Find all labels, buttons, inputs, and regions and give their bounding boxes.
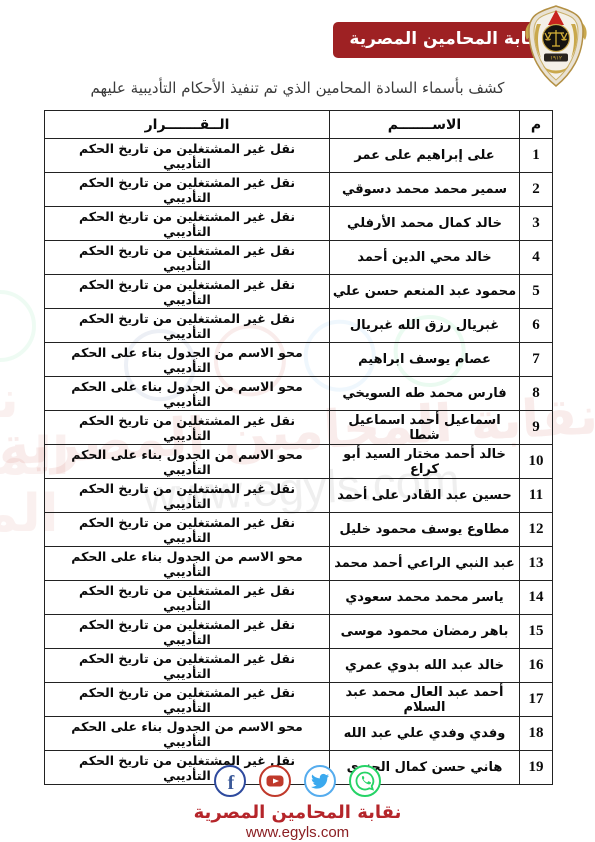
lawyer-name: على إبراهيم على عمر <box>330 139 520 173</box>
footer: f نقابة المحامين المصرية www.egyls.com <box>0 762 595 841</box>
lawyer-name: مطاوع يوسف محمود خليل <box>330 513 520 547</box>
column-header-name: الاســـــــم <box>330 111 520 139</box>
row-number: 11 <box>520 479 553 513</box>
table-row: 4 خالد محي الدين أحمد نقل غير المشتغلين … <box>45 241 553 275</box>
footer-website-link[interactable]: www.egyls.com <box>246 824 349 841</box>
social-icons-row: f <box>213 762 382 800</box>
decision-text: نقل غير المشتغلين من تاريخ الحكم التأديب… <box>45 241 330 275</box>
twitter-icon[interactable] <box>303 764 337 798</box>
table-row: 6 غبريال رزق الله غبريال نقل غير المشتغل… <box>45 309 553 343</box>
row-number: 16 <box>520 649 553 683</box>
row-number: 12 <box>520 513 553 547</box>
footer-org-name: نقابة المحامين المصرية <box>194 802 402 823</box>
whatsapp-icon <box>0 290 36 362</box>
decision-text: نقل غير المشتغلين من تاريخ الحكم التأديب… <box>45 683 330 717</box>
decision-text: نقل غير المشتغلين من تاريخ الحكم التأديب… <box>45 479 330 513</box>
row-number: 17 <box>520 683 553 717</box>
decision-text: نقل غير المشتغلين من تاريخ الحكم التأديب… <box>45 411 330 445</box>
lawyer-name: ياسر محمد محمد سعودي <box>330 581 520 615</box>
table-row: 5 محمود عبد المنعم حسن علي نقل غير المشت… <box>45 275 553 309</box>
row-number: 6 <box>520 309 553 343</box>
table-row: 14 ياسر محمد محمد سعودي نقل غير المشتغلي… <box>45 581 553 615</box>
lawyer-name: خالد كمال محمد الأرفلي <box>330 207 520 241</box>
row-number: 5 <box>520 275 553 309</box>
lawyer-name: وفدي وفدي علي عبد الله <box>330 717 520 751</box>
row-number: 18 <box>520 717 553 751</box>
decision-text: نقل غير المشتغلين من تاريخ الحكم التأديب… <box>45 309 330 343</box>
row-number: 14 <box>520 581 553 615</box>
row-number: 7 <box>520 343 553 377</box>
lawyer-name: سمير محمد محمد دسوقي <box>330 173 520 207</box>
document-page: نقابة المحامين المصرية نقابة المحامين ال… <box>0 0 595 842</box>
youtube-icon[interactable] <box>258 764 292 798</box>
table-row: 16 خالد عبد الله بدوي عمري نقل غير المشت… <box>45 649 553 683</box>
lawyer-name: عبد النبي الراعي أحمد محمد <box>330 547 520 581</box>
row-number: 3 <box>520 207 553 241</box>
column-header-decision: الــقـــــــرار <box>45 111 330 139</box>
lawyer-name: خالد أحمد مختار السيد أبو كراع <box>330 445 520 479</box>
row-number: 8 <box>520 377 553 411</box>
decision-text: محو الاسم من الجدول بناء على الحكم التأد… <box>45 343 330 377</box>
decision-text: محو الاسم من الجدول بناء على الحكم التأد… <box>45 717 330 751</box>
decision-text: محو الاسم من الجدول بناء على الحكم التأد… <box>45 377 330 411</box>
table-row: 13 عبد النبي الراعي أحمد محمد محو الاسم … <box>45 547 553 581</box>
table-header-row: م الاســـــــم الــقـــــــرار <box>45 111 553 139</box>
table-row: 7 عصام يوسف ابراهيم محو الاسم من الجدول … <box>45 343 553 377</box>
row-number: 13 <box>520 547 553 581</box>
table-row: 11 حسين عبد القادر على أحمد نقل غير المش… <box>45 479 553 513</box>
facebook-icon[interactable]: f <box>213 764 247 798</box>
row-number: 1 <box>520 139 553 173</box>
lawyer-name: غبريال رزق الله غبريال <box>330 309 520 343</box>
lawyer-name: محمود عبد المنعم حسن علي <box>330 275 520 309</box>
emblem-year: ١٩١٢ <box>550 56 562 62</box>
lawyer-name: حسين عبد القادر على أحمد <box>330 479 520 513</box>
decision-text: نقل غير المشتغلين من تاريخ الحكم التأديب… <box>45 275 330 309</box>
row-number: 15 <box>520 615 553 649</box>
table-row: 10 خالد أحمد مختار السيد أبو كراع محو ال… <box>45 445 553 479</box>
decision-text: نقل غير المشتغلين من تاريخ الحكم التأديب… <box>45 581 330 615</box>
decision-text: نقل غير المشتغلين من تاريخ الحكم التأديب… <box>45 649 330 683</box>
svg-text:f: f <box>228 772 235 794</box>
table-body: 1 على إبراهيم على عمر نقل غير المشتغلين … <box>45 139 553 785</box>
row-number: 4 <box>520 241 553 275</box>
lawyers-table: م الاســـــــم الــقـــــــرار 1 على إبر… <box>44 110 553 785</box>
table-row: 9 اسماعيل أحمد اسماعيل شطا نقل غير المشت… <box>45 411 553 445</box>
decision-text: نقل غير المشتغلين من تاريخ الحكم التأديب… <box>45 139 330 173</box>
whatsapp-icon[interactable] <box>348 764 382 798</box>
table-row: 1 على إبراهيم على عمر نقل غير المشتغلين … <box>45 139 553 173</box>
page-title: كشف بأسماء السادة المحامين الذي تم تنفيذ… <box>0 79 595 97</box>
decision-text: محو الاسم من الجدول بناء على الحكم التأد… <box>45 445 330 479</box>
decision-text: نقل غير المشتغلين من تاريخ الحكم التأديب… <box>45 207 330 241</box>
lawyer-name: باهر رمضان محمود موسى <box>330 615 520 649</box>
lawyer-name: أحمد عبد العال محمد عبد السلام <box>330 683 520 717</box>
column-header-number: م <box>520 111 553 139</box>
table-row: 17 أحمد عبد العال محمد عبد السلام نقل غي… <box>45 683 553 717</box>
row-number: 2 <box>520 173 553 207</box>
lawyer-name: خالد عبد الله بدوي عمري <box>330 649 520 683</box>
decision-text: محو الاسم من الجدول بناء على الحكم التأد… <box>45 547 330 581</box>
decision-text: نقل غير المشتغلين من تاريخ الحكم التأديب… <box>45 513 330 547</box>
table-row: 18 وفدي وفدي علي عبد الله محو الاسم من ا… <box>45 717 553 751</box>
row-number: 9 <box>520 411 553 445</box>
table-row: 15 باهر رمضان محمود موسى نقل غير المشتغل… <box>45 615 553 649</box>
table-row: 12 مطاوع يوسف محمود خليل نقل غير المشتغل… <box>45 513 553 547</box>
table-row: 3 خالد كمال محمد الأرفلي نقل غير المشتغل… <box>45 207 553 241</box>
decision-text: نقل غير المشتغلين من تاريخ الحكم التأديب… <box>45 615 330 649</box>
table-row: 8 فارس محمد طه السويخي محو الاسم من الجد… <box>45 377 553 411</box>
bar-association-emblem-icon: ١٩١٢ <box>523 4 589 88</box>
decision-text: نقل غير المشتغلين من تاريخ الحكم التأديب… <box>45 173 330 207</box>
row-number: 10 <box>520 445 553 479</box>
lawyer-name: فارس محمد طه السويخي <box>330 377 520 411</box>
org-name: نقابة المحامين المصرية <box>349 29 545 51</box>
lawyer-name: اسماعيل أحمد اسماعيل شطا <box>330 411 520 445</box>
lawyer-name: خالد محي الدين أحمد <box>330 241 520 275</box>
lawyer-name: عصام يوسف ابراهيم <box>330 343 520 377</box>
table-row: 2 سمير محمد محمد دسوقي نقل غير المشتغلين… <box>45 173 553 207</box>
